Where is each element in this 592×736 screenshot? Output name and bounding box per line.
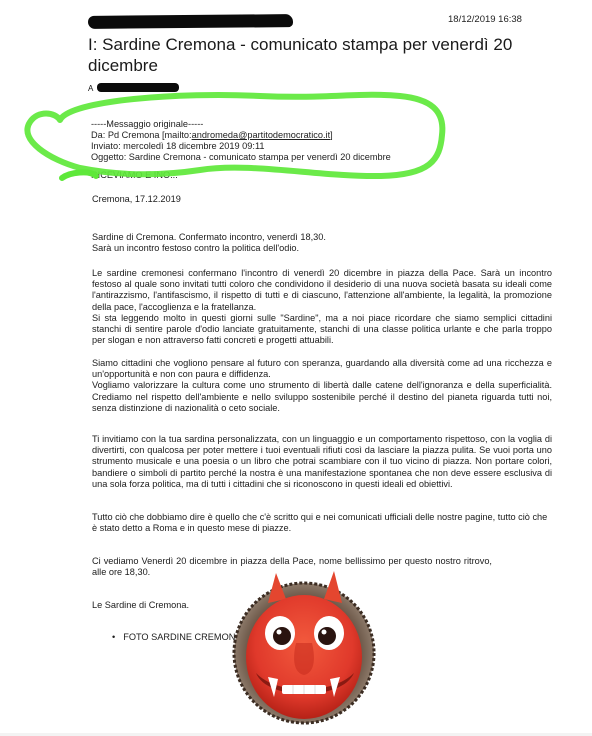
- paragraph-invitation: Ti invitiamo con la tua sardina personal…: [92, 434, 552, 490]
- bullet-icon: •: [112, 632, 115, 642]
- original-sent: Inviato: mercoledì 18 dicembre 2019 09:1…: [91, 141, 391, 152]
- email-subject: I: Sardine Cremona - comunicato stampa p…: [88, 34, 518, 76]
- paragraph-statement: Tutto ciò che dobbiamo dire è quello che…: [92, 512, 552, 534]
- partial-heading: RICEVIAMO E INO...: [91, 170, 178, 180]
- paragraph-ideals: Le sardine cremonesi confermano l'incont…: [92, 268, 552, 346]
- original-message-header: -----Messaggio originale----- Da: Pd Cre…: [91, 119, 391, 163]
- devil-ogre-emoji-icon: [232, 565, 377, 730]
- document-page: 18/12/2019 16:38 I: Sardine Cremona - co…: [0, 0, 592, 736]
- date-line: Cremona, 17.12.2019: [92, 194, 552, 205]
- paragraph-future: Siamo cittadini che vogliono pensare al …: [92, 358, 552, 414]
- email-timestamp: 18/12/2019 16:38: [448, 14, 522, 25]
- sender-email-link[interactable]: andromeda@partitodemocratico.it: [192, 130, 331, 140]
- original-separator: -----Messaggio originale-----: [91, 119, 391, 130]
- original-subject: Oggetto: Sardine Cremona - comunicato st…: [91, 152, 391, 163]
- original-from: Da: Pd Cremona [mailto:andromeda@partito…: [91, 130, 391, 141]
- redacted-recipient: [97, 83, 179, 92]
- to-label: A: [88, 84, 93, 93]
- paragraph-intro: Sardine di Cremona. Confermato incontro,…: [92, 232, 552, 254]
- redacted-sender: [88, 14, 293, 29]
